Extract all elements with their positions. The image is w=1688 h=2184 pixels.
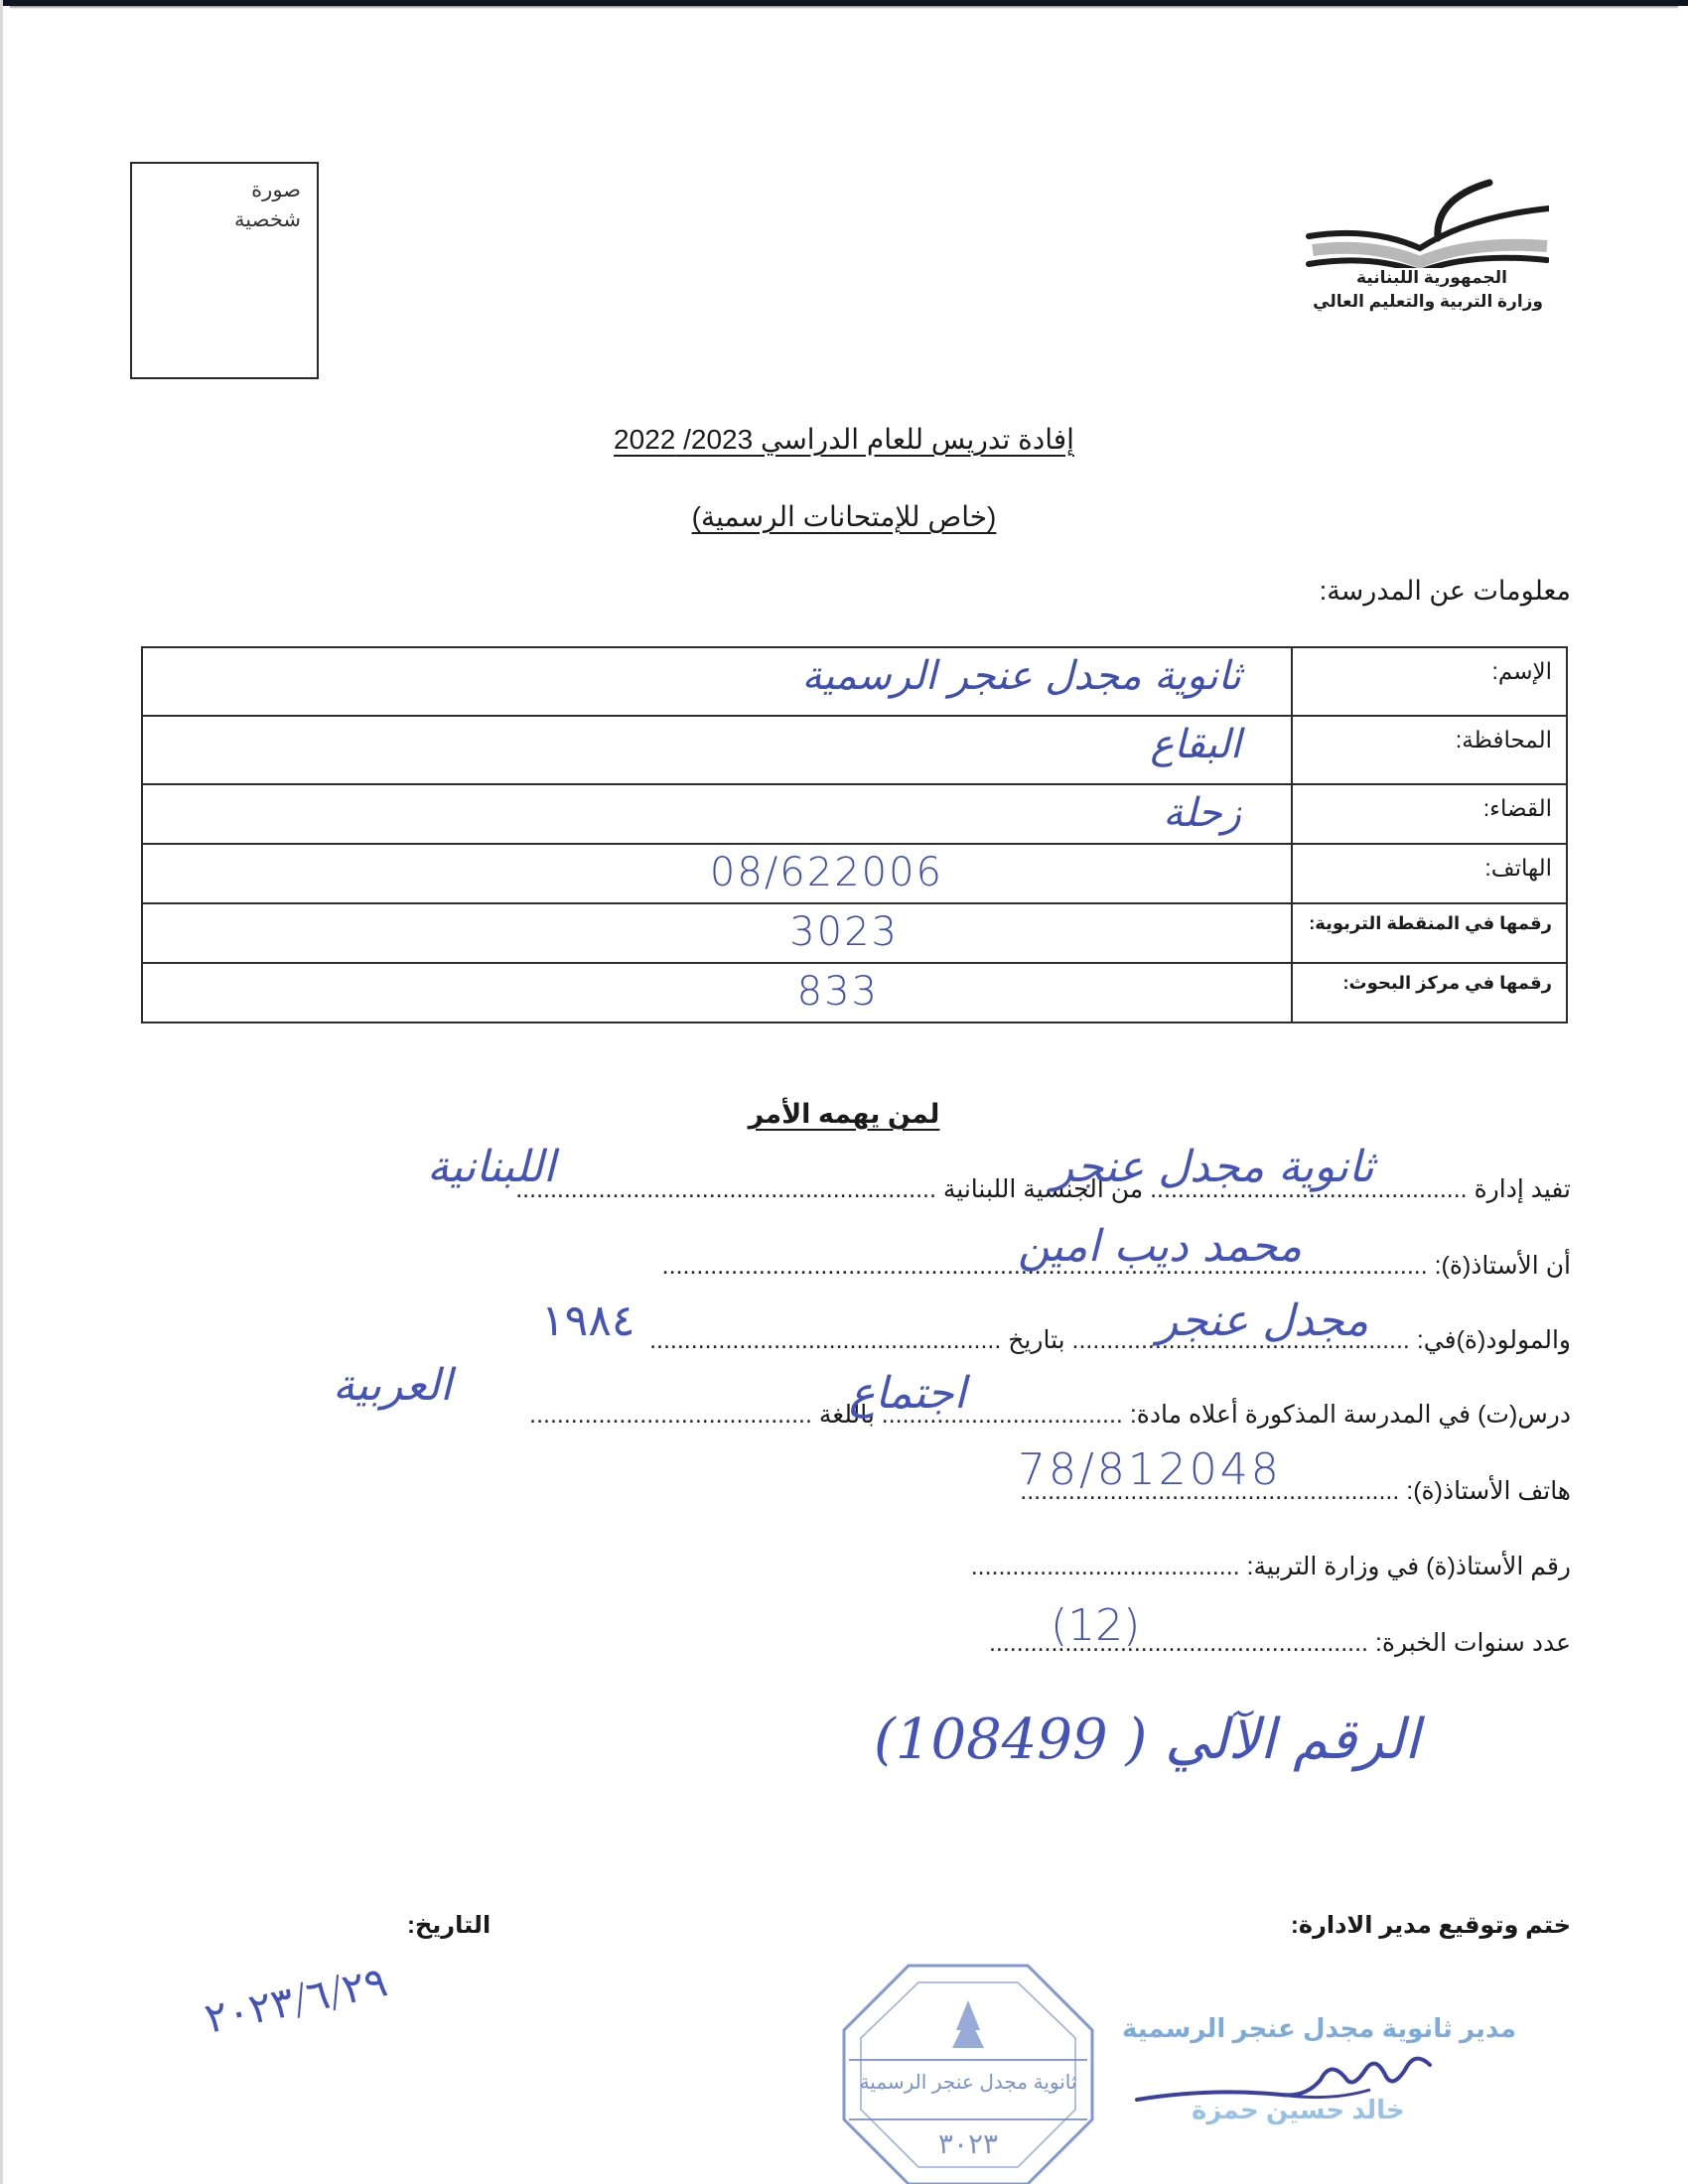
school-name-label: الإسم: <box>1292 647 1567 716</box>
governorate-label: المحافظة: <box>1292 716 1567 784</box>
school-phone-cell: 08/622006 <box>142 844 1292 903</box>
document-subtitle: (خاص للإمتحانات الرسمية) <box>0 500 1688 533</box>
experience-value: (12) <box>1051 1600 1140 1651</box>
language-value: العربية <box>333 1360 452 1411</box>
open-book-icon <box>1301 169 1549 268</box>
signature-name: خالد حسين حمزة <box>1192 2095 1405 2125</box>
research-number-value: 833 <box>797 968 879 1016</box>
table-row-governorate: البقاع المحافظة: <box>142 716 1567 784</box>
district-label: القضاء: <box>1292 784 1567 844</box>
research-number-label: رقمها في مركز البحوث: <box>1292 963 1567 1023</box>
subject-label: درس(ت) في المدرسة المذكورة أعلاه مادة: <box>1130 1401 1571 1429</box>
regional-number-value: 3023 <box>789 908 899 956</box>
school-name-cell: ثانوية مجدل عنجر الرسمية <box>142 647 1292 716</box>
school-info-heading: معلومات عن المدرسة: <box>1320 576 1571 607</box>
table-row-district: زحلة القضاء: <box>142 784 1567 844</box>
administration-value: ثانوية مجدل عنجر <box>1053 1142 1374 1192</box>
ministry-number-label: رقم الأستاذ(ة) في وزارة التربية: <box>1247 1553 1571 1580</box>
auto-number-note: الرقم الآلي ( 108499) <box>874 1707 1420 1772</box>
subject-value: اجتماع <box>849 1368 966 1419</box>
date-label: التاريخ: <box>407 1911 491 1940</box>
teacher-phone-value: 78/812048 <box>1018 1444 1282 1495</box>
stamp-school-name: ثانوية مجدل عنجر الرسمية <box>839 2070 1097 2095</box>
district-value: زحلة <box>1163 789 1241 837</box>
research-number-cell: 833 <box>142 963 1292 1023</box>
birthplace-value: مجدل عنجر <box>1157 1296 1368 1346</box>
nationality-value: اللبنانية <box>427 1142 555 1192</box>
teacher-phone-label: هاتف الأستاذ(ة): <box>1406 1477 1571 1505</box>
birth-line: والمولود(ة)في: .........................… <box>649 1325 1571 1355</box>
ministry-number-line: رقم الأستاذ(ة) في وزارة التربية: .......… <box>971 1552 1571 1581</box>
photo-placeholder-box: صورة شخصية <box>130 162 319 379</box>
logo-ministry-text: وزارة التربية والتعليم العالي <box>1313 292 1543 312</box>
table-row-name: ثانوية مجدل عنجر الرسمية الإسم: <box>142 647 1567 716</box>
governorate-cell: البقاع <box>142 716 1292 784</box>
stamp-signature-label: ختم وتوقيع مدير الادارة: <box>1291 1911 1571 1940</box>
birthplace-label: والمولود(ة)في: <box>1417 1326 1571 1354</box>
table-row-research-center-number: 833 رقمها في مركز البحوث: <box>142 963 1567 1023</box>
stamp-number: ٣٠٢٣ <box>839 2127 1097 2160</box>
ministry-logo: الجمهورية اللبنانية وزارة التربية والتعل… <box>1301 169 1549 318</box>
administration-line: تفيد إدارة .............................… <box>515 1174 1571 1204</box>
date-value: ٢٠٢٣/٦/٢٩ <box>201 1957 391 2043</box>
table-row-phone: 08/622006 الهاتف: <box>142 844 1567 903</box>
district-cell: زحلة <box>142 784 1292 844</box>
photo-label: صورة شخصية <box>234 176 301 235</box>
school-info-table: ثانوية مجدل عنجر الرسمية الإسم: البقاع ا… <box>141 646 1568 1024</box>
table-row-regional-number: 3023 رقمها في المنقطة التربوية: <box>142 903 1567 963</box>
school-name-value: ثانوية مجدل عنجر الرسمية <box>802 652 1242 700</box>
administration-label: تفيد إدارة <box>1475 1175 1571 1203</box>
cedar-icon <box>952 2000 984 2048</box>
regional-number-cell: 3023 <box>142 903 1292 963</box>
logo-republic-text: الجمهورية اللبنانية <box>1356 268 1507 288</box>
teacher-label: أن الأستاذ(ة): <box>1435 1252 1571 1280</box>
photo-label-line2: شخصية <box>234 205 301 235</box>
document-title: إفادة تدريس للعام الدراسي 2023/ 2022 <box>0 423 1688 456</box>
school-phone-value: 08/622006 <box>710 849 943 896</box>
subject-line: درس(ت) في المدرسة المذكورة أعلاه مادة: .… <box>529 1400 1571 1430</box>
photo-label-line1: صورة <box>234 176 301 205</box>
experience-label: عدد سنوات الخبرة: <box>1375 1629 1571 1657</box>
official-stamp: ثانوية مجدل عنجر الرسمية ٣٠٢٣ <box>839 1961 1097 2184</box>
scan-edge-shadow <box>10 6 1678 9</box>
birthdate-label: بتاريخ <box>1008 1326 1064 1354</box>
scan-edge-left <box>0 0 3 2184</box>
regional-number-label: رقمها في المنقطة التربوية: <box>1292 903 1567 963</box>
teacher-value: محمد ديب امين <box>1018 1221 1302 1272</box>
school-phone-label: الهاتف: <box>1292 844 1567 903</box>
birthdate-value: ١٩٨٤ <box>541 1296 635 1346</box>
governorate-value: البقاع <box>1150 721 1241 768</box>
to-whom-heading: لمن يهمه الأمر <box>0 1099 1688 1130</box>
